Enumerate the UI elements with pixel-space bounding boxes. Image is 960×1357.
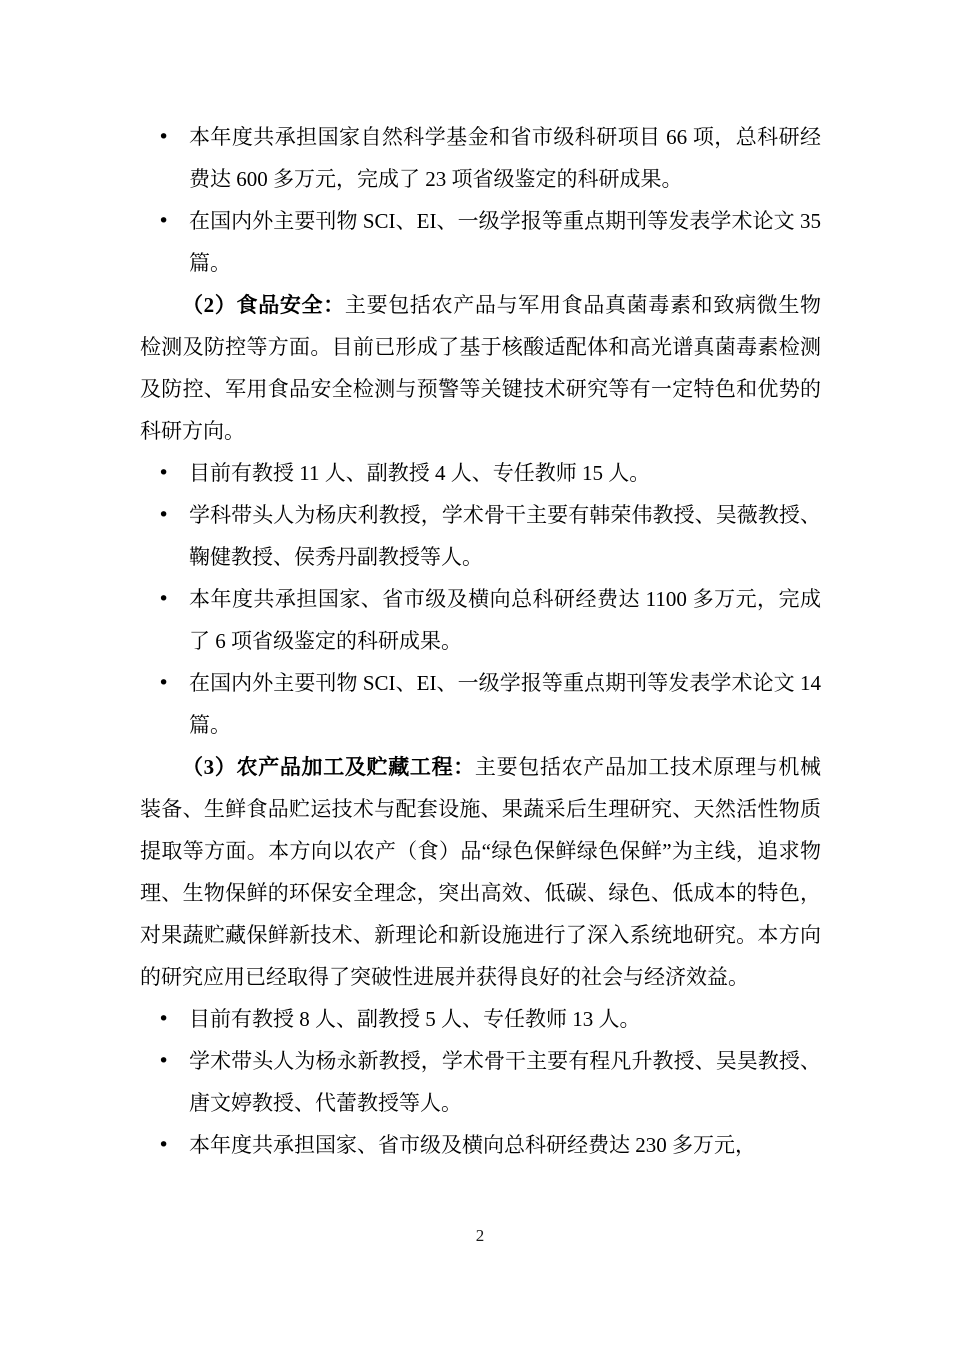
list-item-text: 在国内外主要刊物 SCI、EI、一级学报等重点期刊等发表学术论文 35 篇。 [189,209,821,275]
list-item: • 在国内外主要刊物 SCI、EI、一级学报等重点期刊等发表学术论文 35 篇。 [140,200,821,284]
bullet-icon: • [158,998,169,1040]
bullet-list-section2: • 目前有教授 11 人、副教授 4 人、专任教师 15 人。 • 学科带头人为… [140,452,821,746]
list-item: • 本年度共承担国家、省市级及横向总科研经费达 230 多万元， [140,1124,821,1166]
paragraph-section3: （3）农产品加工及贮藏工程：主要包括农产品加工技术原理与机械装备、生鲜食品贮运技… [140,746,821,998]
list-item-text: 目前有教授 8 人、副教授 5 人、专任教师 13 人。 [189,1007,641,1031]
section3-heading: （3）农产品加工及贮藏工程： [182,755,475,779]
list-item: • 目前有教授 8 人、副教授 5 人、专任教师 13 人。 [140,998,821,1040]
bullet-icon: • [158,494,169,536]
bullet-icon: • [158,1040,169,1082]
bullet-icon: • [158,200,169,242]
list-item-text: 在国内外主要刊物 SCI、EI、一级学报等重点期刊等发表学术论文 14 篇。 [189,671,821,737]
bullet-icon: • [158,452,169,494]
list-item-text: 学科带头人为杨庆利教授，学术骨干主要有韩荣伟教授、吴薇教授、鞠健教授、侯秀丹副教… [189,503,821,569]
list-item-text: 学术带头人为杨永新教授，学术骨干主要有程凡升教授、吴昊教授、唐文婷教授、代蕾教授… [189,1049,821,1115]
list-item-text: 本年度共承担国家自然科学基金和省市级科研项目 66 项，总科研经费达 600 多… [189,125,821,191]
section3-body: 主要包括农产品加工技术原理与机械装备、生鲜食品贮运技术与配套设施、果蔬采后生理研… [140,755,821,989]
list-item: • 在国内外主要刊物 SCI、EI、一级学报等重点期刊等发表学术论文 14 篇。 [140,662,821,746]
document-page: • 本年度共承担国家自然科学基金和省市级科研项目 66 项，总科研经费达 600… [0,0,960,1357]
list-item: • 本年度共承担国家自然科学基金和省市级科研项目 66 项，总科研经费达 600… [140,116,821,200]
list-item: • 本年度共承担国家、省市级及横向总科研经费达 1100 多万元，完成了 6 项… [140,578,821,662]
bullet-icon: • [158,1124,169,1166]
document-content: • 本年度共承担国家自然科学基金和省市级科研项目 66 项，总科研经费达 600… [140,116,821,1166]
paragraph-section2: （2）食品安全：主要包括农产品与军用食品真菌毒素和致病微生物检测及防控等方面。目… [140,284,821,452]
bullet-icon: • [158,662,169,704]
bullet-list-section3: • 目前有教授 8 人、副教授 5 人、专任教师 13 人。 • 学术带头人为杨… [140,998,821,1166]
list-item: • 目前有教授 11 人、副教授 4 人、专任教师 15 人。 [140,452,821,494]
page-number: 2 [0,1222,960,1250]
section2-heading: （2）食品安全： [182,293,345,317]
list-item: • 学科带头人为杨庆利教授，学术骨干主要有韩荣伟教授、吴薇教授、鞠健教授、侯秀丹… [140,494,821,578]
list-item-text: 本年度共承担国家、省市级及横向总科研经费达 230 多万元， [189,1133,756,1157]
list-item-text: 目前有教授 11 人、副教授 4 人、专任教师 15 人。 [189,461,650,485]
bullet-list-section1: • 本年度共承担国家自然科学基金和省市级科研项目 66 项，总科研经费达 600… [140,116,821,284]
bullet-icon: • [158,578,169,620]
list-item: • 学术带头人为杨永新教授，学术骨干主要有程凡升教授、吴昊教授、唐文婷教授、代蕾… [140,1040,821,1124]
list-item-text: 本年度共承担国家、省市级及横向总科研经费达 1100 多万元，完成了 6 项省级… [189,587,821,653]
bullet-icon: • [158,116,169,158]
